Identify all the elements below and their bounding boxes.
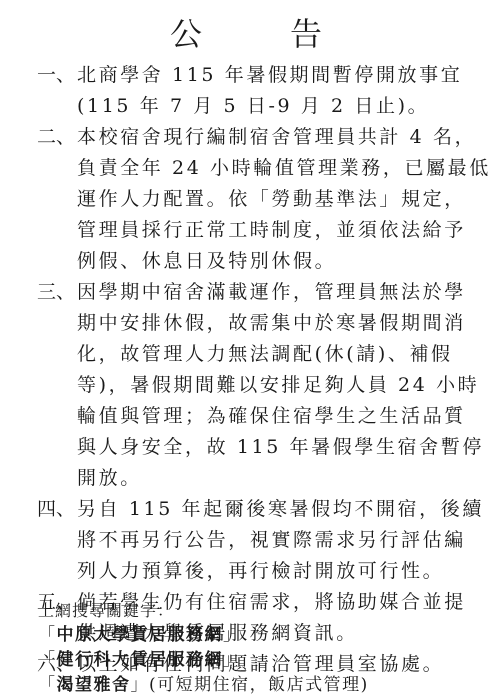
item-line: 列人力預算後，再行檢討開放可行性。 (77, 556, 487, 587)
item-line: 化，故管理人力無法調配(休(請)、補假 (77, 339, 487, 370)
item-number: 二、 (37, 122, 77, 277)
keyword-entry: 「渴望雅舍」(可短期住宿，飯店式管理) (38, 673, 478, 698)
item-line: 北商學舍 115 年暑假期間暫停開放事宜 (77, 60, 487, 91)
item-line: 管理員採行正常工時制度，並須依法給予 (77, 215, 491, 246)
notice-item-3: 三、 因學期中宿舍滿載運作，管理員無法於學 期中安排休假，故需集中於寒暑假期間消… (37, 277, 487, 494)
item-line: 將不再另行公告，視實際需求另行評估編 (77, 525, 487, 556)
item-line: 本校宿舍現行編制宿舍管理員共計 4 名， (77, 122, 491, 153)
item-line: 等)，暑假期間難以安排足夠人員 24 小時 (77, 370, 487, 401)
search-keywords: 上網搜尋關鍵字： 「中原大學賃居服務網」 「健行科大賃居服務網」 「渴望雅舍」(… (38, 598, 478, 698)
item-line: 因學期中宿舍滿載運作，管理員無法於學 (77, 277, 487, 308)
keyword-name: 健行科大賃居服務網 (57, 650, 224, 670)
notice-item-2: 二、 本校宿舍現行編制宿舍管理員共計 4 名， 負責全年 24 小時輪值管理業務… (37, 122, 487, 277)
bracket-open: 「 (38, 625, 57, 645)
item-number: 一、 (37, 60, 77, 122)
notice-items: 一、 北商學舍 115 年暑假期間暫停開放事宜 (115 年 7 月 5 日-9… (37, 60, 487, 680)
bracket-open: 「 (38, 650, 57, 670)
keyword-entry: 「健行科大賃居服務網」 (38, 648, 478, 673)
item-number: 四、 (37, 494, 77, 587)
notice-title: 公 告 (0, 12, 492, 56)
keyword-note: (可短期住宿，飯店式管理) (149, 675, 369, 695)
item-line: (115 年 7 月 5 日-9 月 2 日止)。 (77, 91, 487, 122)
item-line: 輪值與管理；為確保住宿學生之生活品質 (77, 401, 487, 432)
bracket-close: 」 (223, 625, 242, 645)
item-line: 運作人力配置。依「勞動基準法」規定， (77, 184, 491, 215)
bracket-close: 」 (131, 675, 150, 695)
keyword-name: 渴望雅舍 (57, 675, 131, 695)
item-line: 與人身安全，故 115 年暑假學生宿舍暫停 (77, 432, 487, 463)
bracket-close: 」 (223, 650, 242, 670)
notice-item-1: 一、 北商學舍 115 年暑假期間暫停開放事宜 (115 年 7 月 5 日-9… (37, 60, 487, 122)
keyword-name: 中原大學賃居服務網 (57, 625, 224, 645)
item-line: 負責全年 24 小時輪值管理業務，已屬最低 (77, 153, 491, 184)
item-number: 三、 (37, 277, 77, 494)
item-line: 開放。 (77, 463, 487, 494)
item-line: 期中安排休假，故需集中於寒暑假期間消 (77, 308, 487, 339)
keyword-entry: 「中原大學賃居服務網」 (38, 623, 478, 648)
notice-item-4: 四、 另自 115 年起爾後寒暑假均不開宿，後續 將不再另行公告，視實際需求另行… (37, 494, 487, 587)
bracket-open: 「 (38, 675, 57, 695)
keywords-label: 上網搜尋關鍵字： (38, 598, 478, 623)
item-line: 例假、休息日及特別休假。 (77, 246, 491, 277)
item-line: 另自 115 年起爾後寒暑假均不開宿，後續 (77, 494, 487, 525)
